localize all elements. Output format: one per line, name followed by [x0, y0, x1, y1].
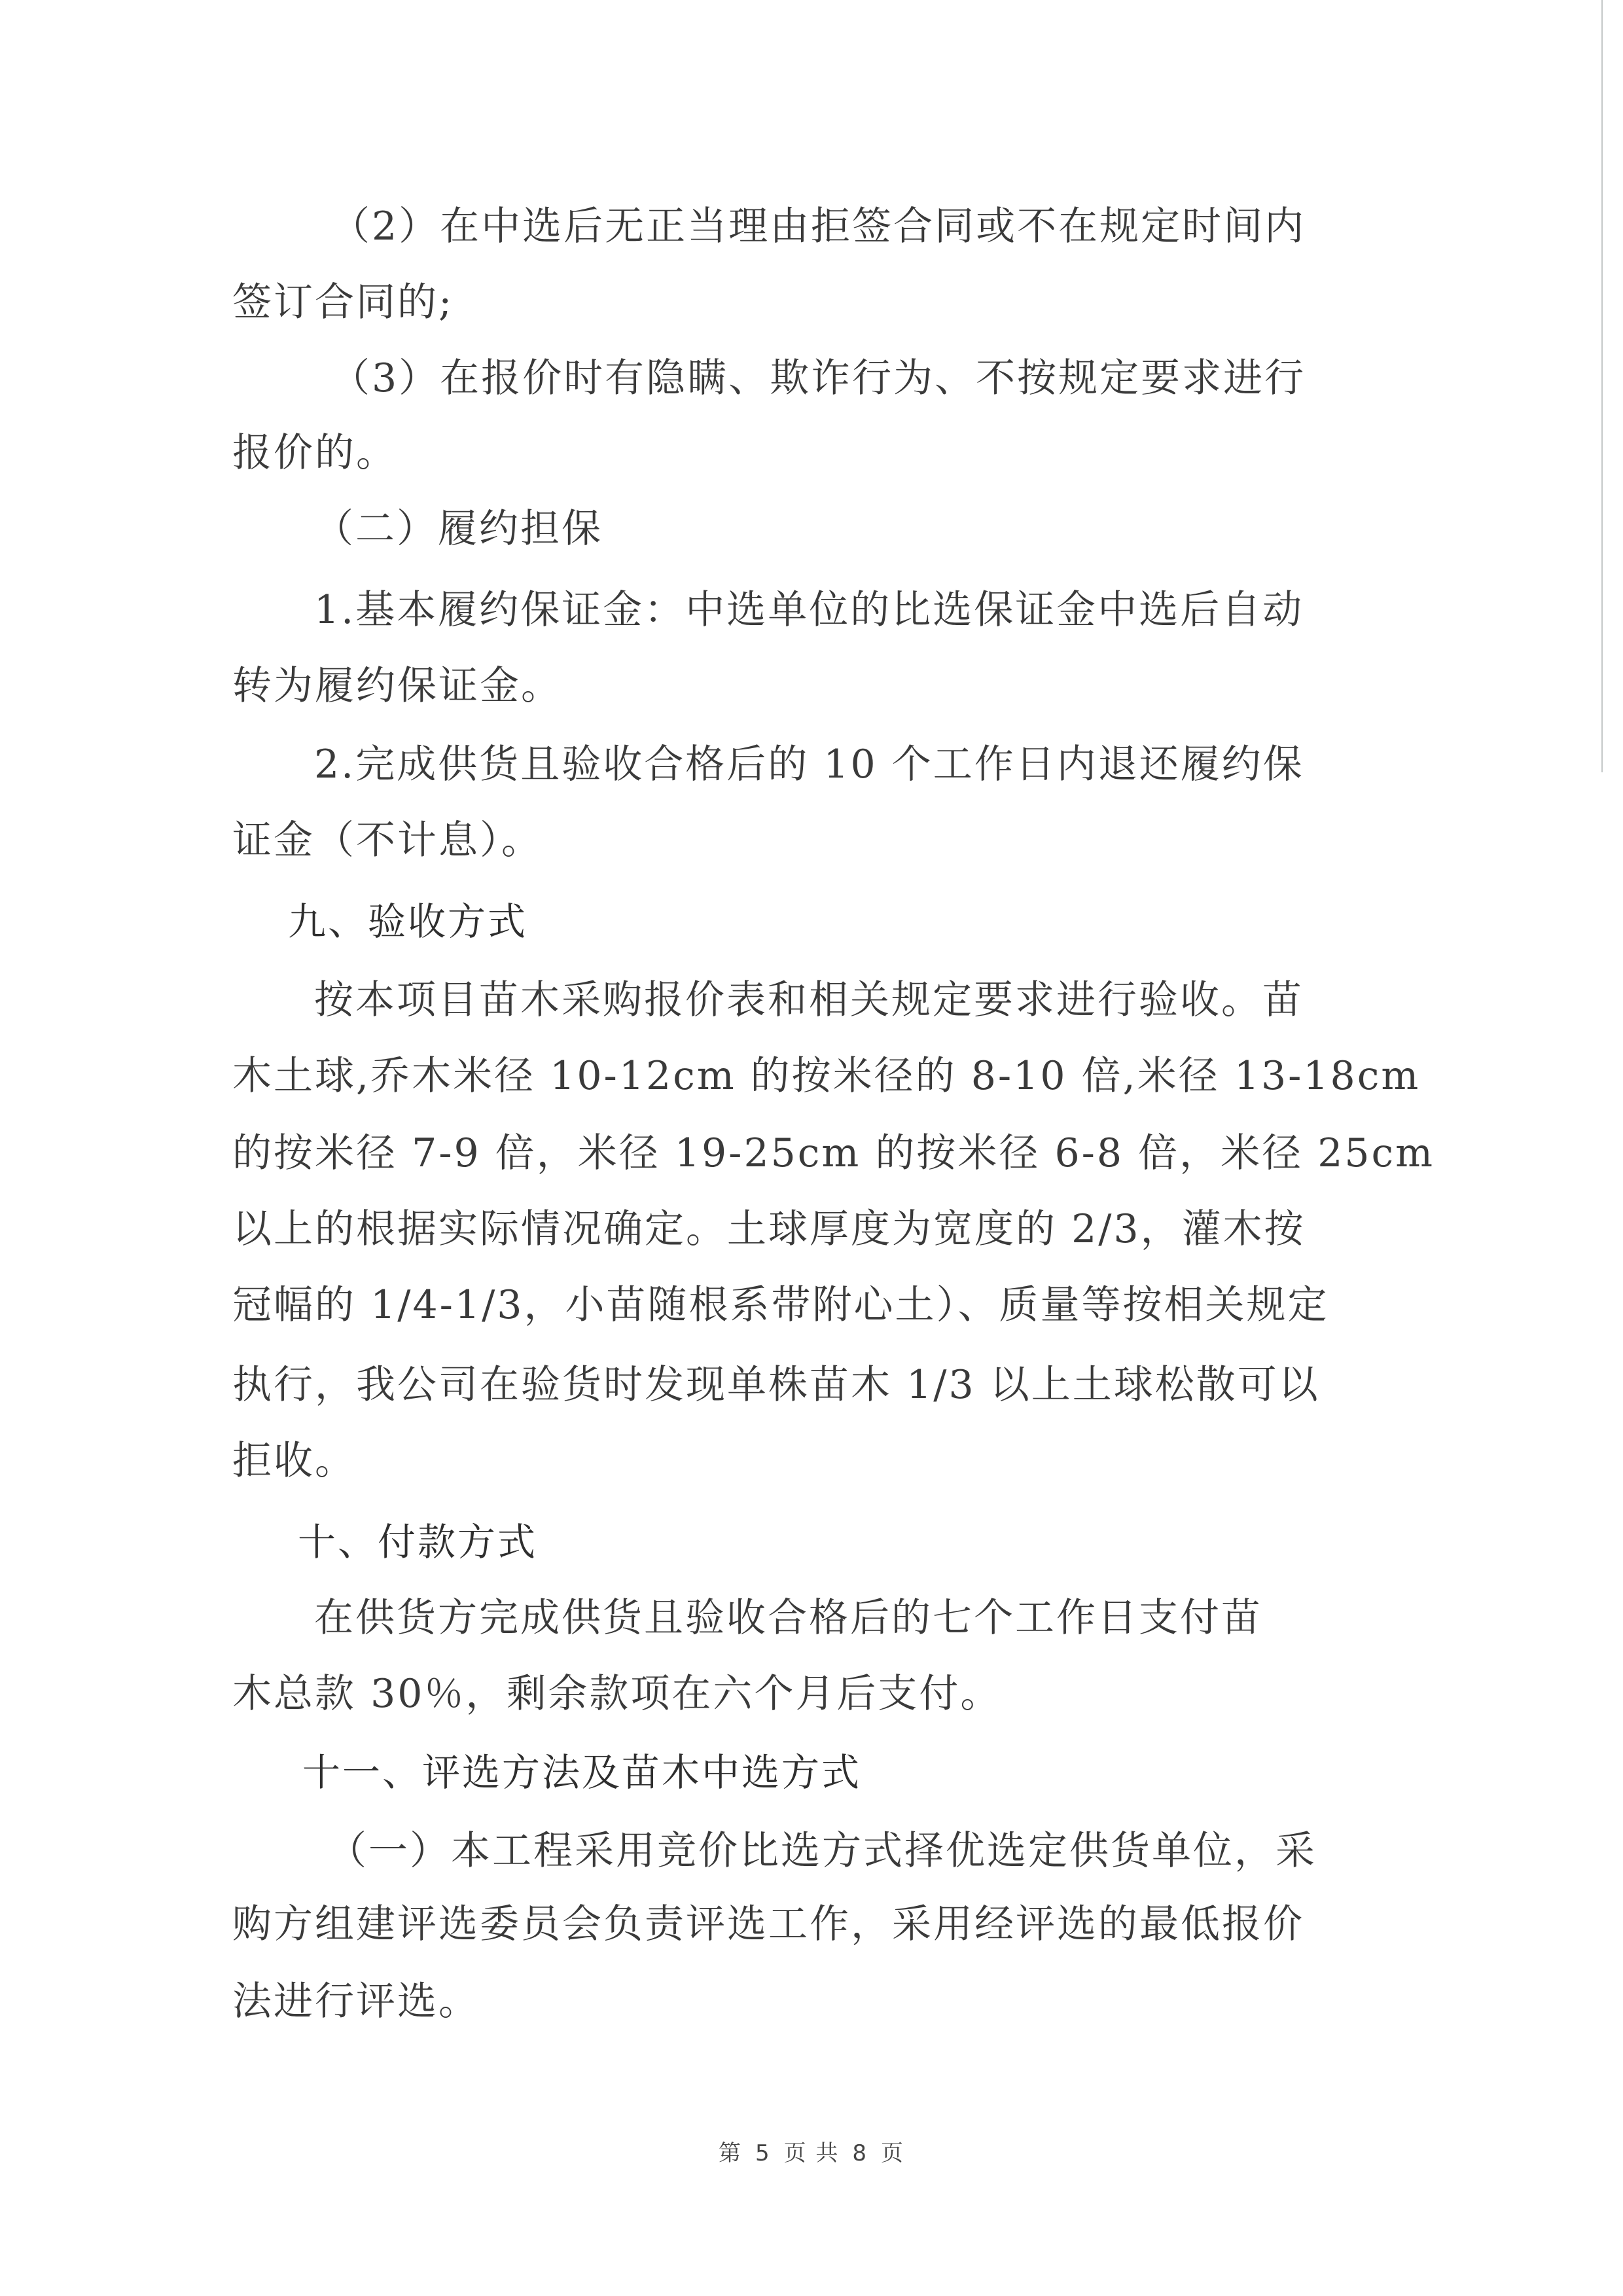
acceptance-para-line-4: 以上的根据实际情况确定。土球厚度为宽度的 2/3，灌木按: [232, 1203, 1306, 1255]
clause-2-line-2: 签订合同的;: [232, 276, 454, 329]
subsection-heading-performance-guarantee: （二）履约担保: [314, 503, 603, 555]
payment-para-line-1: 在供货方完成供货且验收合格后的七个工作日支付苗: [314, 1592, 1262, 1644]
acceptance-para-line-3: 的按米径 7-9 倍，米径 19-25cm 的按米径 6-8 倍，米径 25cm: [232, 1127, 1435, 1179]
evaluation-para-line-1: （一）本工程采用竞价比选方式择优选定供货单位，采: [327, 1825, 1317, 1877]
page-label-suffix: 页: [881, 2140, 904, 2166]
acceptance-para-line-2: 木土球,乔木米径 10-12cm 的按米径的 8-10 倍,米径 13-18cm: [232, 1050, 1420, 1102]
guarantee-item-1-line-1: 1.基本履约保证金：中选单位的比选保证金中选后自动: [314, 584, 1304, 636]
clause-3-line-2: 报价的。: [232, 427, 397, 479]
current-page-number: 5: [755, 2140, 771, 2166]
total-pages-number: 8: [852, 2140, 868, 2166]
acceptance-para-line-6: 执行，我公司在验货时发现单株苗木 1/3 以上土球松散可以: [232, 1359, 1320, 1411]
acceptance-para-line-5: 冠幅的 1/4-1/3，小苗随根系带附心土）、质量等按相关规定: [232, 1279, 1329, 1331]
page-label-mid: 页 共: [784, 2140, 840, 2166]
payment-para-line-2: 木总款 30％，剩余款项在六个月后支付。: [232, 1668, 1001, 1720]
clause-3-line-1: （3）在报价时有隐瞒、欺诈行为、不按规定要求进行: [330, 352, 1306, 404]
guarantee-item-2-line-2: 证金（不计息）。: [232, 814, 543, 867]
acceptance-para-line-1: 按本项目苗木采购报价表和相关规定要求进行验收。苗: [314, 974, 1304, 1026]
section-heading-payment: 十、付款方式: [298, 1516, 537, 1568]
page-label-prefix: 第: [719, 2140, 742, 2166]
guarantee-item-1-line-2: 转为履约保证金。: [232, 660, 562, 712]
evaluation-para-line-3: 法进行评选。: [232, 1975, 480, 2028]
clause-2-line-1: （2）在中选后无正当理由拒签合同或不在规定时间内: [330, 200, 1306, 253]
scan-edge-line: [1601, 0, 1603, 772]
acceptance-para-line-7: 拒收。: [232, 1435, 356, 1487]
page-footer: 第5页 共8页: [0, 2135, 1623, 2167]
guarantee-item-2-line-1: 2.完成供货且验收合格后的 10 个工作日内退还履约保: [314, 738, 1304, 791]
evaluation-para-line-2: 购方组建评选委员会负责评选工作，采用经评选的最低报价: [232, 1898, 1304, 1950]
section-heading-evaluation: 十一、评选方法及苗木中选方式: [302, 1746, 861, 1799]
section-heading-acceptance: 九、验收方式: [288, 895, 527, 948]
